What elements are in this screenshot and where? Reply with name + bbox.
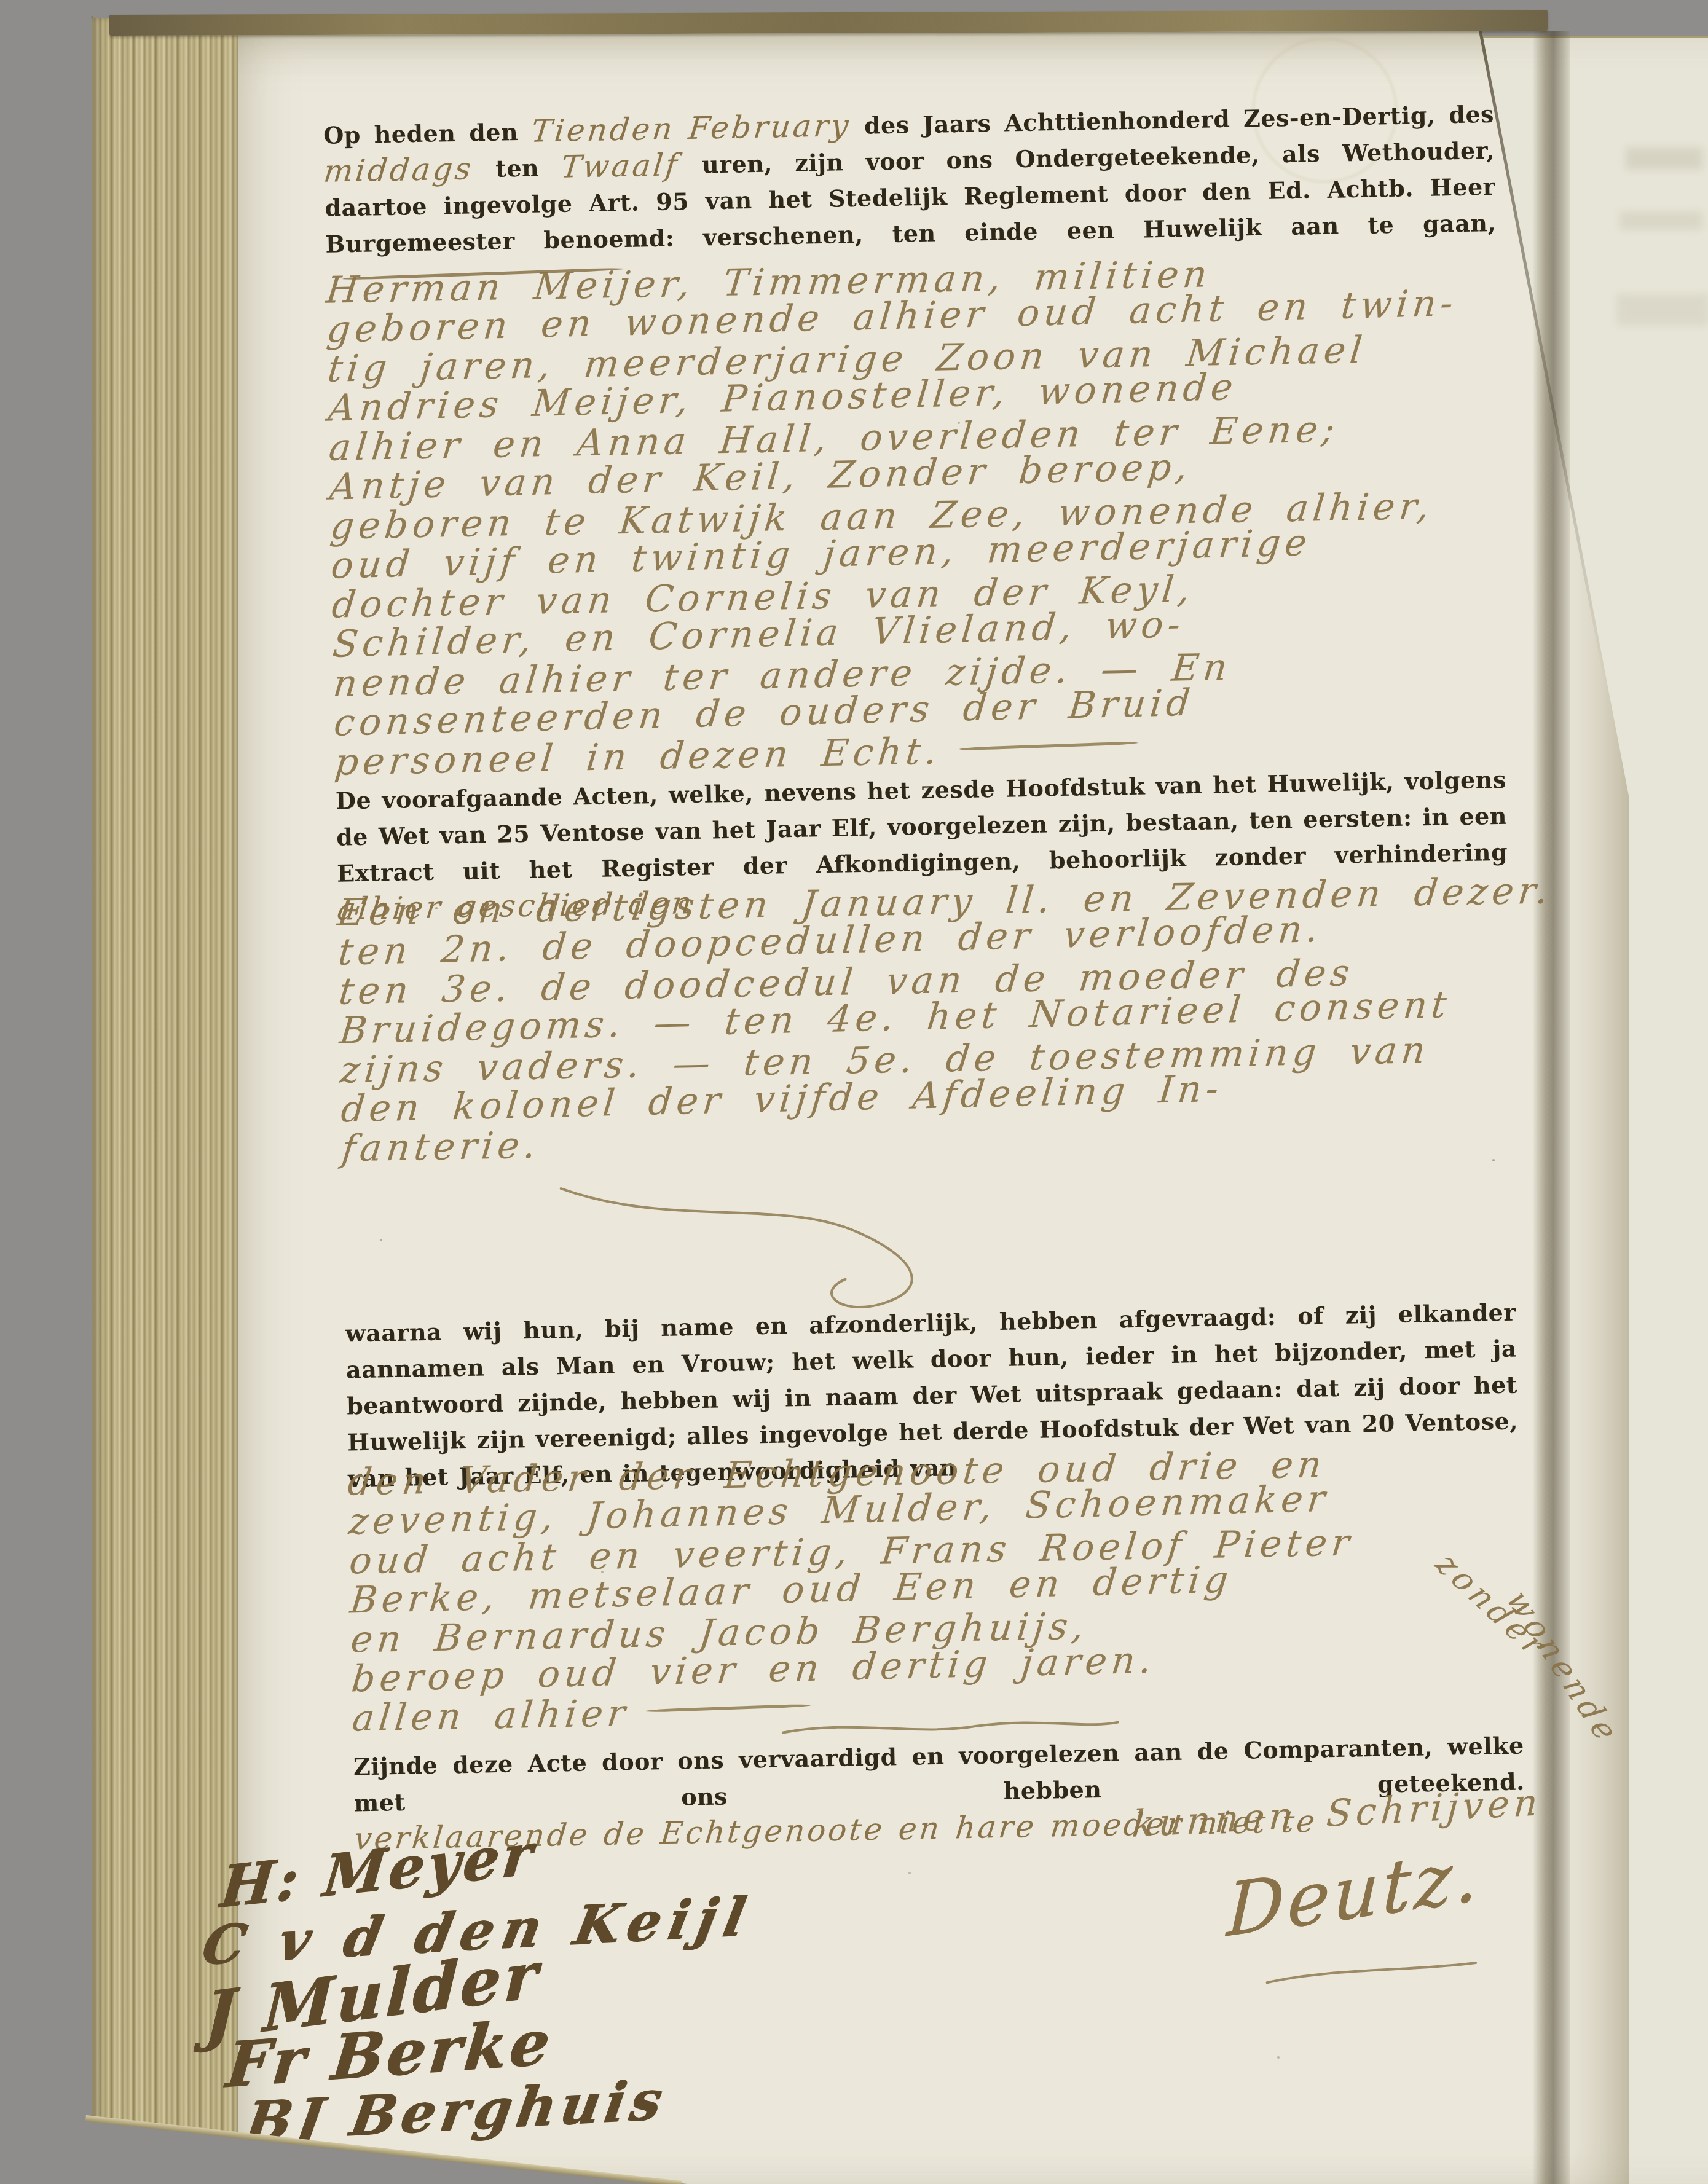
- page-content: Op heden den Tienden February des Jaars …: [165, 12, 1562, 2175]
- paper-specks: [91, 16, 93, 18]
- handwritten-date: Tienden February: [530, 110, 852, 147]
- printed-text: des Jaars Achttienhonderd Zes-en-Dertig,…: [864, 100, 1495, 139]
- ink-bleed-through: [1616, 294, 1708, 326]
- printed-text: De voorafgaande Acten, welke, nevens het…: [336, 766, 1508, 887]
- signature-underline: [1264, 1960, 1479, 1989]
- ink-dash: [645, 1703, 812, 1713]
- register-book: Op heden den Tienden February des Jaars …: [91, 16, 1708, 2184]
- acts-list-block: Een en dertigsten January ll. en Zevende…: [337, 871, 1578, 1169]
- printed-text: Op heden den: [323, 118, 519, 149]
- scanned-marriage-record: Op heden den Tienden February des Jaars …: [0, 0, 1708, 2184]
- handwritten-daypart: middags: [322, 153, 474, 187]
- witnesses-block: den Vader der Echtgenoote oud drie en ze…: [348, 1442, 1508, 1738]
- entry-block: Herman Meijer, Timmerman, militien gebor…: [326, 248, 1570, 782]
- pen-flourish: [554, 1161, 1025, 1330]
- handwritten-hour: Twaalf: [559, 149, 681, 183]
- ink-bleed-through: [1626, 147, 1702, 170]
- signature-official: Deutz.: [1226, 1831, 1482, 1954]
- printed-text: ten: [495, 154, 540, 182]
- ink-dash: [959, 741, 1138, 750]
- ink-bleed-through: [1619, 211, 1702, 230]
